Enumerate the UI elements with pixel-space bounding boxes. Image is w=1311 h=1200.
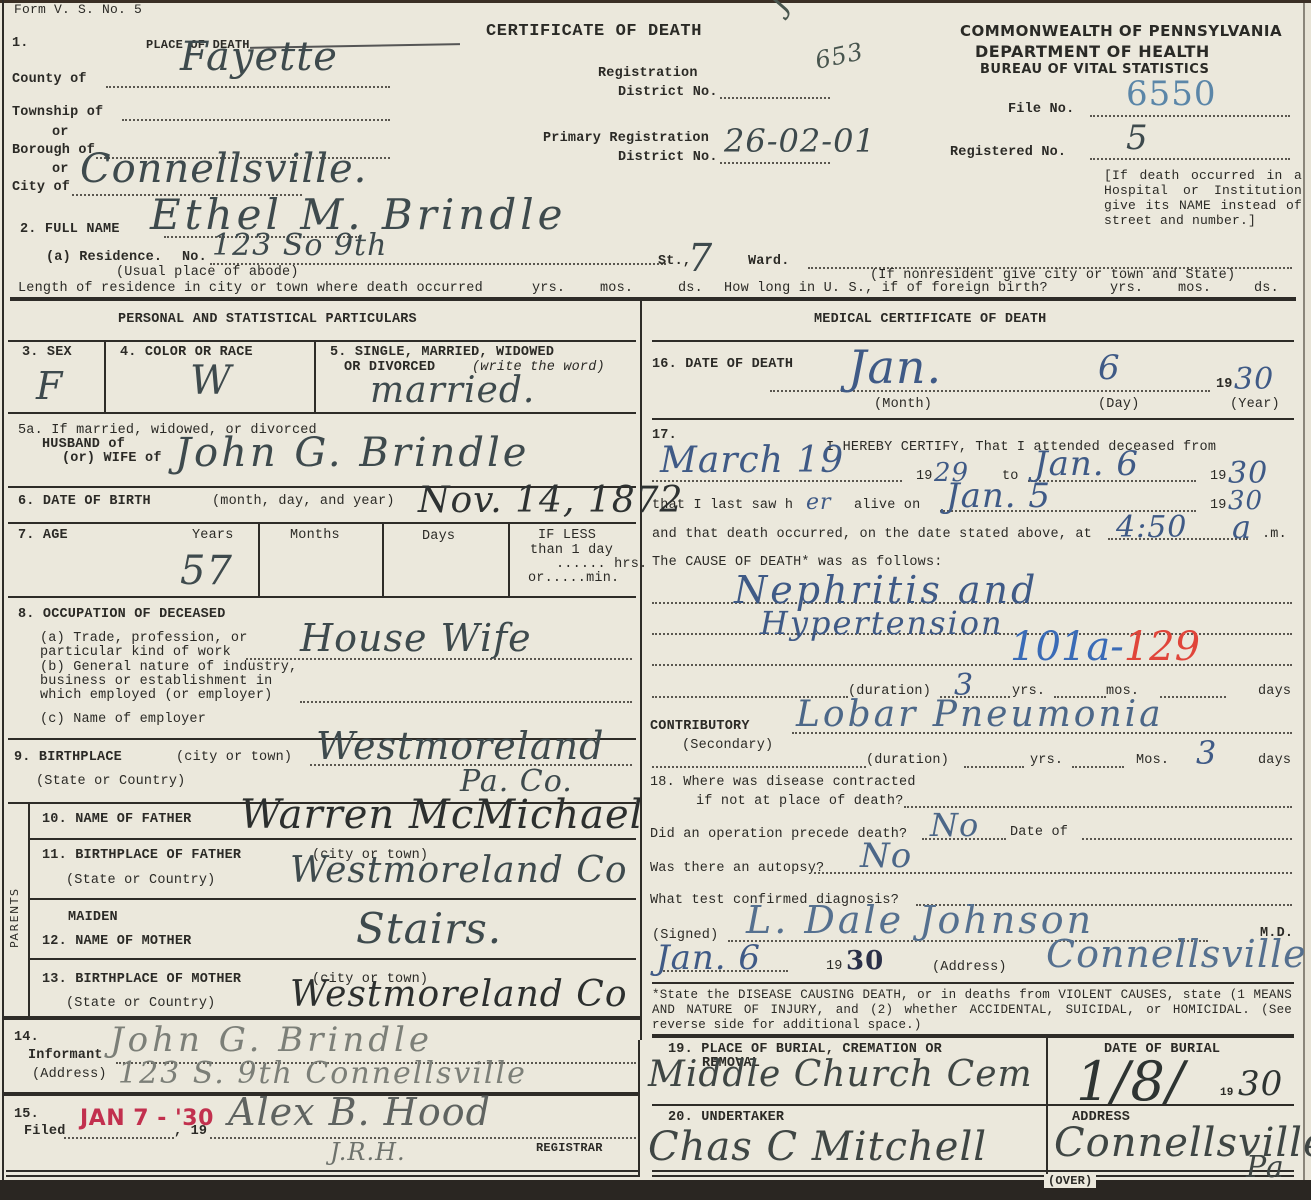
foreign-yrs-label: yrs. — [1110, 281, 1143, 296]
mother-name-value: Stairs. — [356, 904, 502, 953]
spouse-label-2: HUSBAND of — [42, 437, 125, 452]
issuer-commonwealth: COMMONWEALTH OF PENNSYLVANIA — [960, 22, 1282, 40]
father-name-label: 10. NAME OF FATHER — [42, 812, 191, 827]
rule — [638, 1040, 640, 1175]
residence-label: (a) Residence. — [46, 250, 162, 265]
spouse-label-3: (or) WIFE of — [62, 451, 162, 466]
last-saw-19: 19 — [1210, 498, 1227, 513]
death-ampm: a — [1232, 508, 1252, 546]
icd-code-red: 129 — [1124, 624, 1200, 670]
informant-address-value: 123 S. 9th Connellsville — [118, 1056, 527, 1091]
autopsy-label: Was there an autopsy? — [650, 861, 824, 876]
rule — [652, 982, 1294, 984]
or-label-1: or — [52, 125, 69, 140]
rule — [30, 838, 636, 840]
contracted-label-2: if not at place of death? — [696, 794, 904, 809]
over-label: (OVER) — [1044, 1174, 1096, 1188]
rule — [8, 596, 636, 598]
rule — [8, 340, 636, 342]
race-value: W — [190, 358, 232, 404]
cause-line-2: Hypertension — [760, 604, 1004, 642]
registered-no-dots — [1090, 158, 1290, 160]
foreign-birth-label: How long in U. S., if of foreign birth? — [724, 281, 1048, 296]
birthplace-value: Westmoreland — [316, 724, 604, 768]
undertaker-value: Chas C Mitchell — [648, 1124, 987, 1170]
issuer-department: DEPARTMENT OF HEALTH — [975, 42, 1210, 61]
date-of-dots — [1082, 838, 1292, 840]
rule — [652, 1104, 1294, 1106]
center-divider — [640, 300, 642, 1040]
dod-year: 30 — [1234, 362, 1274, 397]
foreign-mos-label: mos. — [1178, 281, 1211, 296]
residence-value: 123 So 9th — [212, 228, 387, 263]
length-yrs-label: yrs. — [532, 281, 565, 296]
registrar-label: REGISTRAR — [536, 1141, 603, 1155]
duration-days-dots — [1160, 696, 1226, 698]
filed-19: , 19 — [174, 1124, 207, 1139]
dod-year-prefix: 19 — [1216, 377, 1233, 392]
contrib-mos-label: Mos. — [1136, 753, 1169, 768]
signed-date: Jan. 6 — [656, 938, 761, 978]
secondary-label: (Secondary) — [682, 738, 773, 753]
length-mos-label: mos. — [600, 281, 633, 296]
rule — [258, 524, 260, 596]
rule — [314, 342, 316, 412]
st-label: St., — [658, 254, 691, 269]
contrib-duration-mos: 3 — [1196, 734, 1217, 772]
registrar-initials: J.R.H. — [330, 1138, 406, 1166]
file-no-value: 6550 — [1126, 74, 1217, 114]
certify-text: I HEREBY CERTIFY, That I attended deceas… — [826, 440, 1216, 455]
father-birthplace-value: Westmoreland Co — [290, 850, 628, 891]
occupation-a-2: particular kind of work — [40, 645, 231, 660]
primary-registration-label-1: Primary Registration — [543, 131, 709, 146]
city-label: City of — [12, 180, 70, 195]
county-value: Fayette — [180, 34, 338, 80]
scan-edge-top — [0, 0, 1311, 3]
scan-edge-bottom — [0, 1180, 1311, 1200]
dob-label: 6. DATE OF BIRTH — [18, 494, 151, 509]
father-state-label: (State or Country) — [66, 873, 215, 888]
father-name-value: Warren McMichael — [240, 792, 643, 838]
icd-code-blue: 101a- — [1010, 624, 1124, 670]
registered-no-label: Registered No. — [950, 145, 1066, 160]
death-time: 4:50 — [1116, 510, 1187, 545]
occupation-c: (c) Name of employer — [40, 712, 206, 727]
autopsy-value: No — [860, 836, 912, 876]
occupation-b-3: which employed (or employer) — [40, 688, 272, 703]
undertaker-label: 20. UNDERTAKER — [668, 1110, 784, 1125]
rule — [382, 524, 384, 596]
filed-dots — [64, 1137, 174, 1139]
sex-value: F — [36, 364, 63, 408]
occupation-value: House Wife — [300, 616, 532, 660]
foreign-ds-label: ds. — [1254, 281, 1279, 296]
attended-to-19: 19 — [1210, 469, 1227, 484]
less-label-3: ...... hrs. — [556, 557, 647, 572]
less-label-4: or.....min. — [528, 571, 619, 586]
dod-day-label: (Day) — [1098, 397, 1140, 412]
dod-month-label: (Month) — [874, 397, 932, 412]
occupation-a-1: (a) Trade, profession, or — [40, 631, 248, 646]
rule — [8, 412, 636, 414]
registration-district-dots — [720, 97, 830, 99]
left-border — [2, 0, 4, 1180]
informant-number: 14. — [14, 1030, 39, 1045]
last-saw-label-2: alive on — [854, 498, 920, 513]
registration-district-label-1: Registration — [598, 66, 698, 81]
signed-19: 19 — [826, 959, 843, 974]
full-name-label: 2. FULL NAME — [20, 222, 120, 237]
burial-year-prefix: 19 — [1220, 1087, 1234, 1099]
registrar-signature: Alex B. Hood — [228, 1090, 491, 1134]
age-years-value: 57 — [180, 548, 233, 594]
last-saw-label-1: that I last saw h — [652, 498, 793, 513]
occupation-b-dots — [300, 701, 632, 703]
section-1-number: 1. — [12, 36, 29, 51]
contracted-label-1: 18. Where was disease contracted — [650, 775, 916, 790]
contributory-value: Lobar Pneumonia — [796, 694, 1164, 735]
informant-value: John G. Brindle — [110, 1020, 433, 1060]
mother-birthplace-value: Westmoreland Co — [290, 974, 628, 1015]
county-dots — [106, 86, 390, 88]
undertaker-address-state: Pa — [1246, 1150, 1285, 1185]
header-divider — [10, 297, 1296, 301]
operation-value: No — [930, 806, 979, 844]
death-time-label: and that death occurred, on the date sta… — [652, 527, 1092, 542]
registrar-dots — [210, 1137, 636, 1139]
form-number: Form V. S. No. 5 — [14, 2, 142, 17]
ward-value: 7 — [688, 236, 713, 280]
medical-section-heading: MEDICAL CERTIFICATE OF DEATH — [814, 312, 1046, 327]
rule — [6, 1170, 640, 1172]
personal-section-heading: PERSONAL AND STATISTICAL PARTICULARS — [118, 312, 417, 327]
registered-no-value: 5 — [1126, 118, 1149, 158]
primary-registration-label-2: District No. — [618, 150, 718, 165]
cause-days-label: days — [1258, 684, 1291, 699]
or-label-2: or — [52, 162, 69, 177]
spouse-value: John G. Brindle — [175, 430, 529, 476]
township-label: Township of — [12, 105, 103, 120]
dob-value: Nov. 14, 1872 — [418, 480, 683, 521]
age-months-label: Months — [290, 528, 340, 543]
maiden-label: MAIDEN — [68, 910, 118, 925]
death-m: .m. — [1262, 527, 1287, 542]
burial-year: 30 — [1238, 1064, 1283, 1104]
residence-no-label: No. — [182, 250, 207, 265]
filed-label: Filed — [24, 1124, 66, 1139]
rule — [652, 1175, 1294, 1177]
length-of-residence-label: Length of residence in city or town wher… — [18, 281, 483, 296]
age-label: 7. AGE — [18, 528, 68, 543]
county-label: County of — [12, 72, 87, 87]
rule — [8, 522, 636, 524]
age-days-label: Days — [422, 529, 455, 544]
contrib-mos-dots — [1072, 766, 1124, 768]
rule — [652, 340, 1294, 342]
occupation-b-2: business or establishment in — [40, 674, 272, 689]
rule — [6, 1175, 640, 1177]
dod-month: Jan. — [848, 340, 942, 394]
city-value: Connellsville. — [80, 146, 367, 192]
sex-label: 3. SEX — [22, 345, 72, 360]
informant-address-label: (Address) — [32, 1067, 107, 1082]
birthplace-state-label: (State or Country) — [36, 774, 185, 789]
rule — [652, 1170, 1294, 1172]
less-label-1: IF LESS — [538, 528, 596, 543]
cause-footnote: *State the DISEASE CAUSING DEATH, or in … — [652, 988, 1292, 1033]
usual-place-label: (Usual place of abode) — [116, 265, 299, 280]
contrib-yrs-label: yrs. — [1030, 753, 1063, 768]
contrib-yrs-dots — [964, 766, 1024, 768]
contrib-duration-dots — [652, 766, 866, 768]
last-saw-date: Jan. 5 — [946, 476, 1051, 516]
rule — [1046, 1036, 1048, 1176]
dod-day: 6 — [1098, 348, 1121, 388]
mother-name-label: 12. NAME OF MOTHER — [42, 934, 191, 949]
rule — [652, 1034, 1294, 1038]
informant-label: Informant — [28, 1048, 103, 1063]
rule — [652, 418, 1294, 420]
filed-number: 15. — [14, 1107, 39, 1122]
signed-year: 30 — [846, 946, 884, 976]
physician-signature: L. Dale Johnson — [746, 898, 1094, 942]
birthplace-label: 9. BIRTHPLACE — [14, 750, 122, 765]
marital-value: married. — [370, 370, 535, 411]
icd-code: 101a-129 — [1010, 624, 1200, 670]
length-ds-label: ds. — [678, 281, 703, 296]
contrib-duration-label: (duration) — [866, 753, 949, 768]
mother-birthplace-label: 13. BIRTHPLACE OF MOTHER — [42, 972, 241, 987]
township-dots — [122, 119, 390, 121]
mother-state-label: (State or Country) — [66, 996, 215, 1011]
less-label-2: than 1 day — [530, 543, 613, 558]
parents-label: PARENTS — [8, 888, 21, 948]
ward-label: Ward. — [748, 254, 790, 269]
occupation-label: 8. OCCUPATION OF DECEASED — [18, 607, 226, 622]
file-no-dots — [1090, 115, 1290, 117]
hospital-note: [If death occurred in a Hospital or Inst… — [1104, 168, 1302, 228]
burial-place-value: Middle Church Cem — [648, 1054, 1033, 1095]
file-no-label: File No. — [1008, 102, 1074, 117]
occupation-b-1: (b) General nature of industry, — [40, 660, 297, 675]
physician-address-label: (Address) — [932, 960, 1007, 975]
registration-district-label-2: District No. — [618, 85, 718, 100]
attended-from-19: 19 — [916, 469, 933, 484]
contributory-label: CONTRIBUTORY — [650, 719, 750, 734]
dob-sublabel: (month, day, and year) — [212, 494, 395, 509]
primary-registration-value: 26-02-01 — [724, 122, 876, 160]
date-of-label: Date of — [1010, 825, 1068, 840]
rule — [30, 958, 636, 960]
primary-registration-dots — [720, 162, 830, 164]
dod-label: 16. DATE OF DEATH — [652, 357, 793, 372]
certificate-title: CERTIFICATE OF DEATH — [486, 22, 702, 41]
marital-label-1: 5. SINGLE, MARRIED, WIDOWED — [330, 345, 554, 360]
race-label: 4. COLOR OR RACE — [120, 345, 253, 360]
dod-year-label: (Year) — [1230, 397, 1280, 412]
father-birthplace-label: 11. BIRTHPLACE OF FATHER — [42, 848, 241, 863]
rule — [30, 898, 636, 900]
rule — [104, 342, 106, 412]
rule — [508, 524, 510, 596]
age-years-label: Years — [192, 528, 234, 543]
birthplace-sublabel: (city or town) — [176, 750, 292, 765]
last-saw-pronoun: er — [806, 490, 832, 515]
parents-divider — [28, 804, 30, 1016]
physician-address: Connellsville — [1046, 932, 1307, 976]
attended-from: March 19 — [660, 440, 844, 481]
contrib-days-label: days — [1258, 753, 1291, 768]
dod-dots — [770, 390, 1210, 392]
